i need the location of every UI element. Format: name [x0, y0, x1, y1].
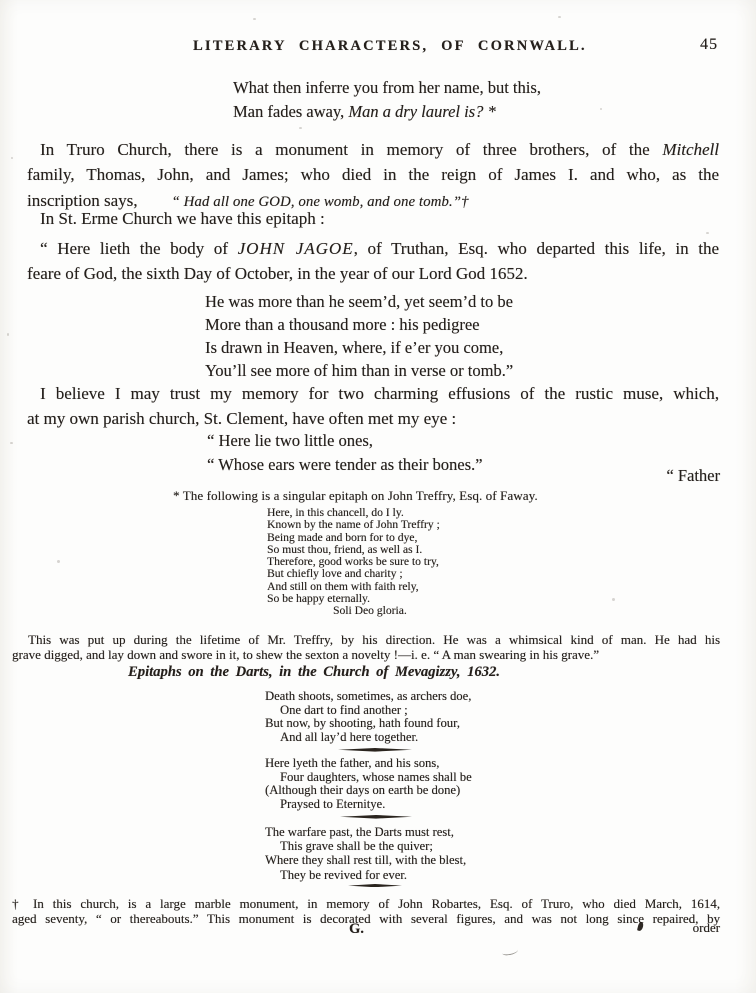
truro-line2: family, Thomas, John, and James; who die… [27, 162, 719, 187]
signature-mark: G. [349, 921, 364, 938]
stanza-line: Four daughters, whose names shall be [265, 771, 472, 785]
treffry-verse-line: Known by the name of John Treffry ; [267, 519, 440, 531]
ink-speck [558, 16, 561, 18]
jagoe-verse-line: He was more than he seem’d, yet seem’d t… [205, 290, 513, 313]
jagoe-verse-line: More than a thousand more : his pedigree [205, 313, 513, 336]
truro-line1: In Truro Church, there is a monument in … [27, 137, 719, 162]
mevagizzy-heading: Epitaphs on the Darts, in the Church of … [128, 664, 500, 681]
believe-line1: I believe I may trust my memory for two … [27, 381, 719, 406]
robartes-line2: aged seventy, “ or thereabouts.” This mo… [12, 911, 720, 926]
running-header-title: LITERARY CHARACTERS, OF CORNWALL. [193, 38, 463, 55]
treffry-verse-line: But chiefly love and charity ; [267, 568, 440, 580]
stanza-line: They be revived for ever. [265, 868, 466, 882]
catchword-father: “ Father [620, 466, 720, 486]
stanza-line: Praysed to Eternitye. [265, 798, 472, 812]
ink-speck [600, 108, 602, 110]
mevagizzy-stanza-2: Here lyeth the father, and his sons, Fou… [265, 757, 472, 811]
treffry-verse-soli-deo-gloria: Soli Deo gloria. [267, 605, 440, 617]
stanza-line: And all lay’d here together. [265, 731, 471, 745]
stanza-line: One dart to find another ; [265, 704, 471, 718]
ink-speck [10, 442, 13, 444]
ink-speck [299, 127, 302, 129]
stanza-line: This grave shall be the quiver; [265, 839, 466, 853]
mevagizzy-stanza-1: Death shoots, sometimes, as archers doe,… [265, 690, 471, 744]
mevagizzy-stanza-3: The warfare past, the Darts must rest, T… [265, 825, 466, 882]
ink-speck [706, 232, 709, 234]
stanza-line: Here lyeth the father, and his sons, [265, 757, 472, 771]
believe-paragraph: I believe I may trust my memory for two … [27, 381, 719, 432]
treffry-footnote-paragraph: This was put up during the lifetime of M… [12, 632, 720, 662]
st-erme-line: In St. Erme Church we have this epitaph … [27, 209, 325, 229]
jagoe-line1-rest: , of Truthan, Esq. who departed this lif… [354, 239, 719, 258]
stanza-line: (Although their days on earth be done) [265, 784, 472, 798]
jagoe-line1-open: “ Here lieth the body of [40, 239, 238, 258]
stanza-line: But now, by shooting, hath found four, [265, 717, 471, 731]
ink-speck [57, 560, 60, 563]
ink-speck [253, 18, 256, 20]
truro-line3-quote: “ Had all one GOD, one womb, and one tom… [172, 194, 469, 210]
jagoe-name: JOHN JAGOE [238, 239, 354, 258]
robartes-footnote: † In this church, is a large marble monu… [12, 896, 720, 926]
opening-verse-line2-italic: Man a dry laurel is? * [348, 102, 495, 121]
truro-line1-italic: Mitchell [662, 140, 719, 159]
scanned-book-page: LITERARY CHARACTERS, OF CORNWALL. 45 Wha… [0, 0, 756, 993]
believe-line2: at my own parish church, St. Clement, ha… [27, 406, 719, 431]
page-number: 45 [700, 36, 718, 54]
treffry-footnote-intro: * The following is a singular epitaph on… [173, 488, 538, 504]
stanza-line: The warfare past, the Darts must rest, [265, 825, 466, 839]
opening-verse-line1: What then inferre you from her name, but… [233, 76, 541, 100]
treffry-verse: Here, in this chancell, do I ly. Known b… [267, 507, 440, 618]
treffry-para-line2: grave digged, and lay down and swore in … [12, 647, 720, 662]
jagoe-line2: feare of God, the sixth Day of October, … [27, 261, 719, 286]
stanza-line: Death shoots, sometimes, as archers doe, [265, 690, 471, 704]
jagoe-verse-line: You’ll see more of him than in verse or … [205, 359, 513, 382]
catchword-order: order [620, 920, 720, 936]
couplet: “ Here lie two little ones, “ Whose ears… [207, 429, 483, 476]
truro-paragraph: In Truro Church, there is a monument in … [27, 137, 719, 215]
couplet-line: “ Whose ears were tender as their bones.… [207, 453, 483, 477]
opening-verse-line2-roman: Man fades away, [233, 102, 348, 121]
treffry-para-line1: This was put up during the lifetime of M… [12, 632, 720, 647]
robartes-line1: † In this church, is a large marble monu… [12, 896, 720, 911]
ink-smudge [502, 947, 519, 956]
opening-verse: What then inferre you from her name, but… [233, 76, 541, 124]
jagoe-paragraph: “ Here lieth the body of JOHN JAGOE, of … [27, 236, 719, 287]
printers-rule [340, 815, 412, 819]
couplet-line: “ Here lie two little ones, [207, 429, 483, 453]
opening-verse-line2: Man fades away, Man a dry laurel is? * [233, 100, 541, 124]
printers-rule [338, 748, 412, 752]
jagoe-line1: “ Here lieth the body of JOHN JAGOE, of … [27, 236, 719, 261]
truro-line3-label: inscription says, [27, 191, 138, 210]
printers-rule [348, 884, 402, 887]
stanza-line: Where they shall rest till, with the ble… [265, 853, 466, 867]
ink-speck [7, 333, 9, 336]
jagoe-verse-line: Is drawn in Heaven, where, if e’er you c… [205, 336, 513, 359]
truro-line1-roman: In Truro Church, there is a monument in … [40, 140, 662, 159]
jagoe-verse: He was more than he seem’d, yet seem’d t… [205, 290, 513, 382]
ink-speck [612, 598, 615, 601]
ink-speck [11, 157, 13, 159]
